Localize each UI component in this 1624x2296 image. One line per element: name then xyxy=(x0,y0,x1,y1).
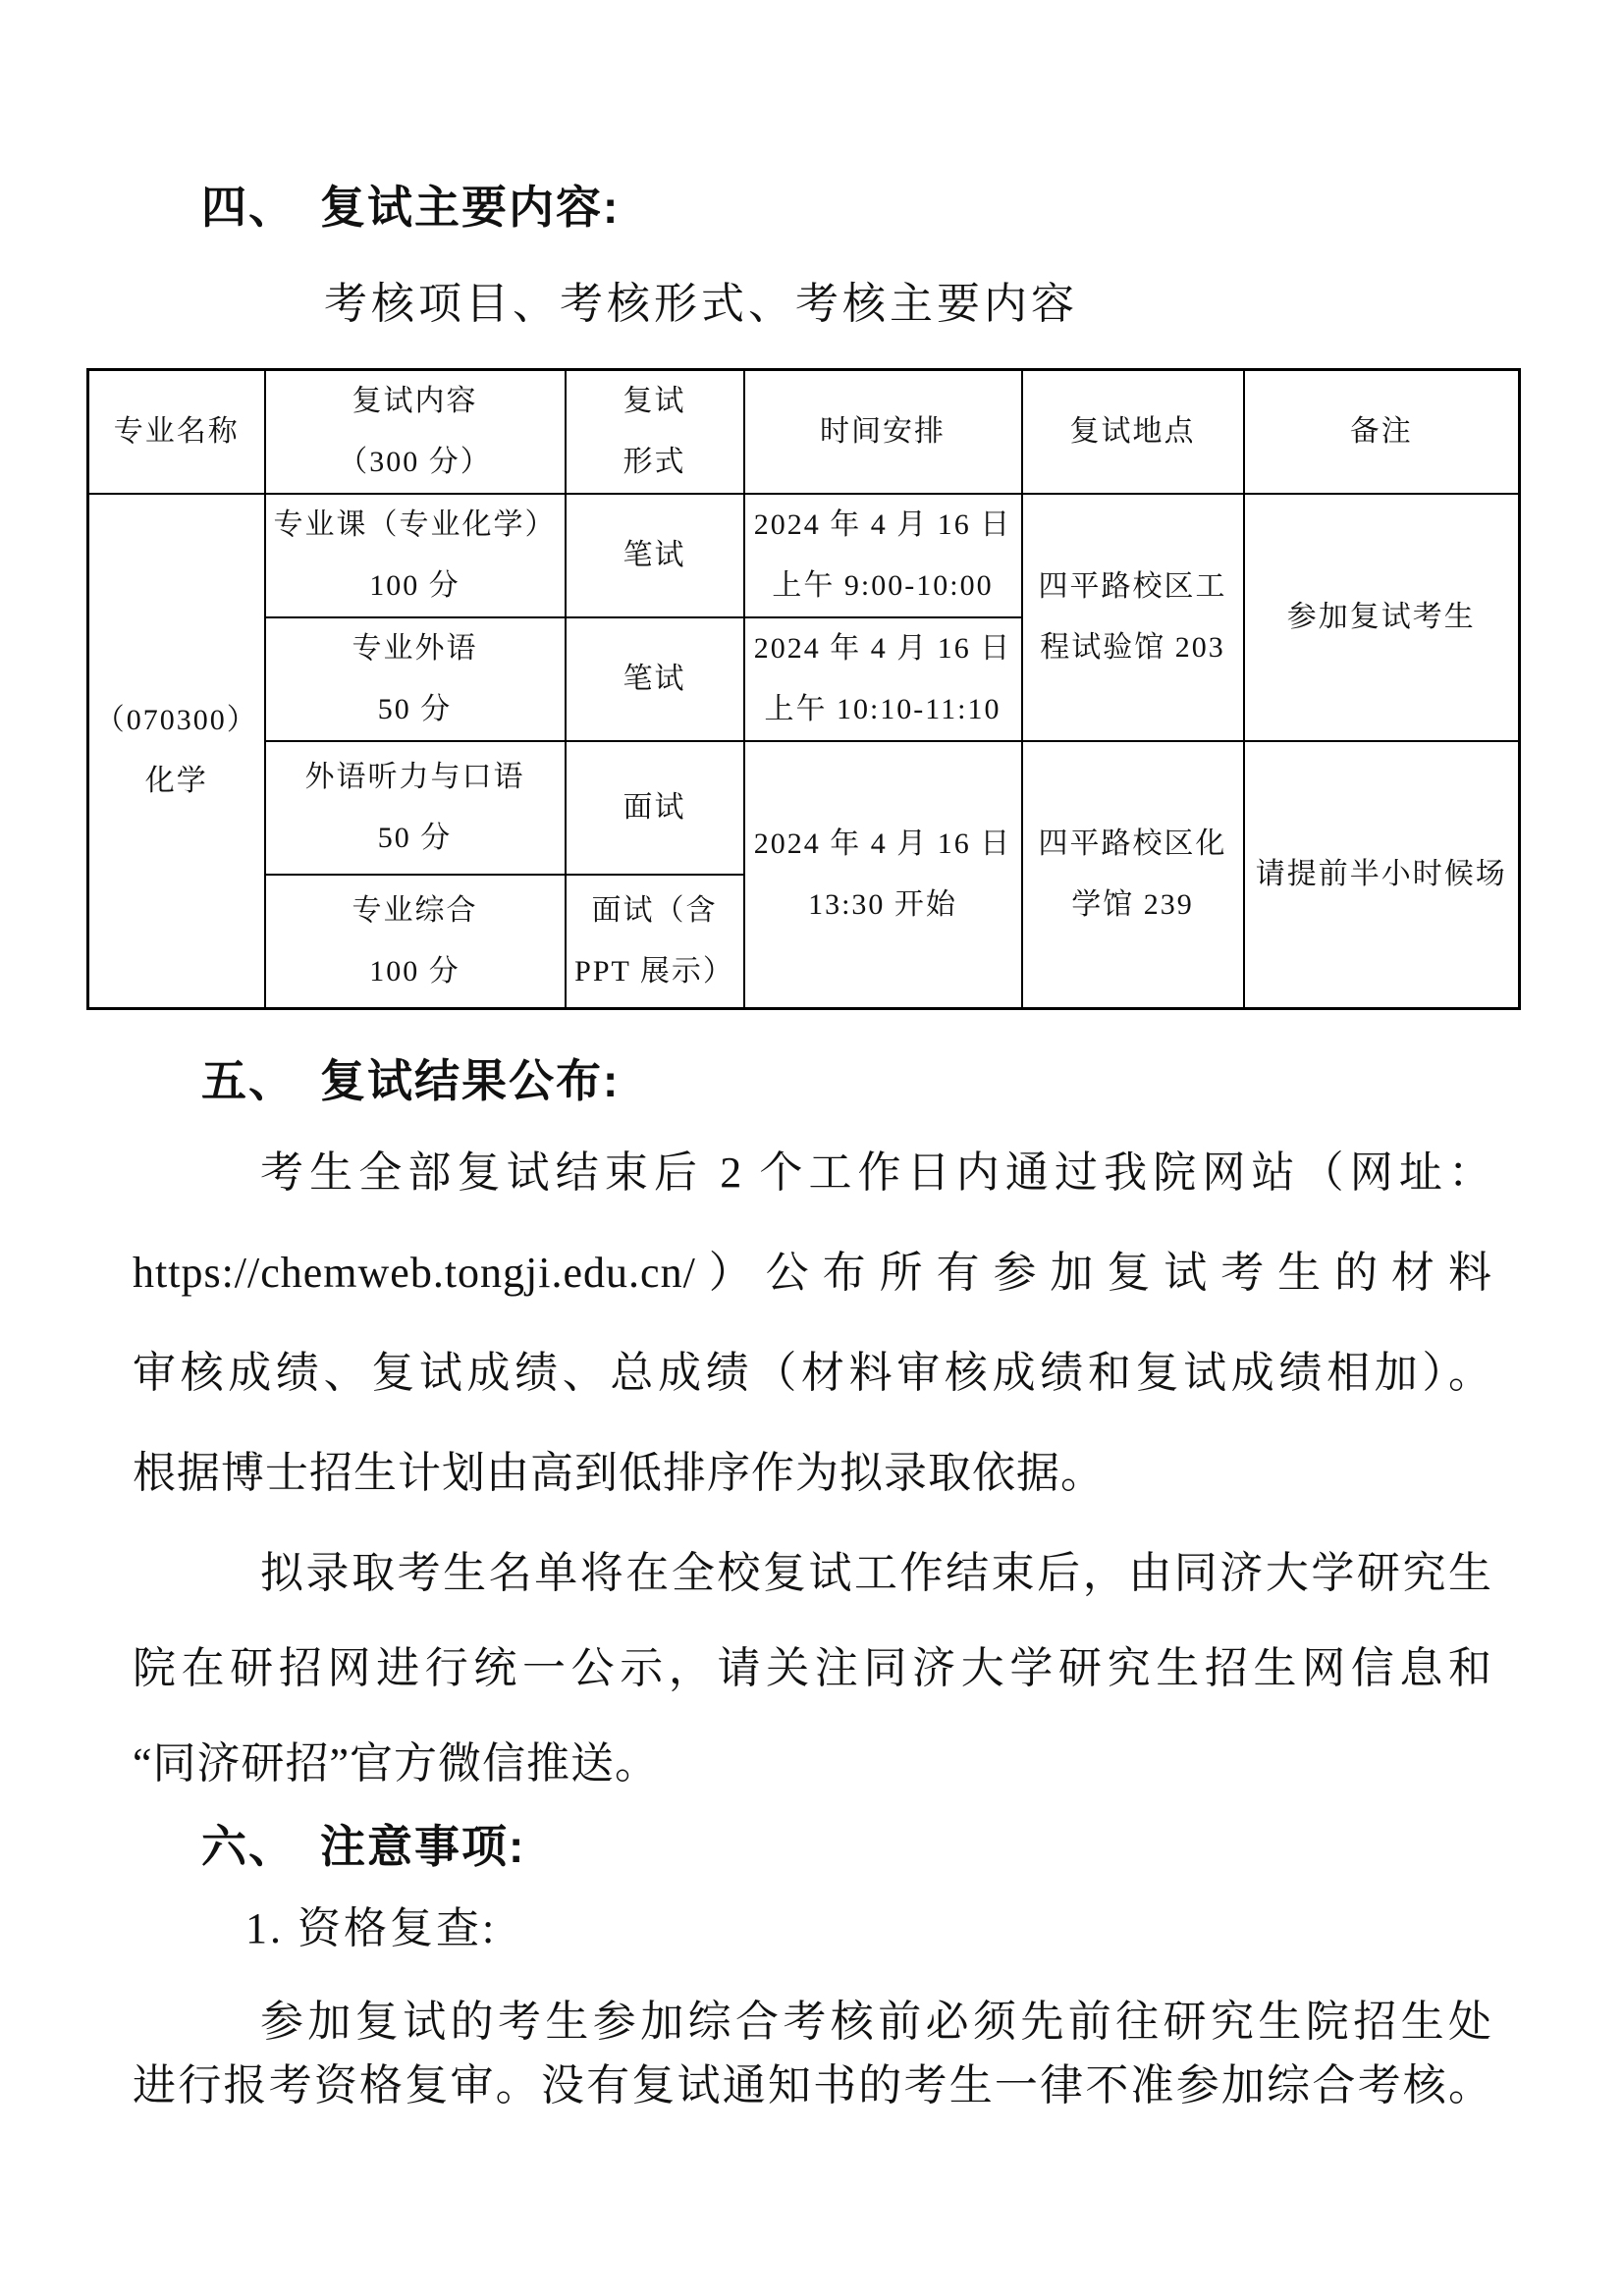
paragraph-line: 参加复试的考生参加综合考核前必须先前往研究生院招生处 xyxy=(133,1993,1492,2052)
cell-r1-time: 2024 年 4 月 16 日 上午 9:00-10:00 xyxy=(744,494,1022,617)
paragraph-line: 考生全部复试结束后 2 个工作日内通过我院网站（网址： xyxy=(133,1144,1492,1202)
cell-r3-content: 外语听力与口语 50 分 xyxy=(265,741,566,875)
assessment-table: 专业名称 复试内容 （300 分） 复试 形式 时间安排 复试地点 备注 （07… xyxy=(86,368,1521,1010)
paragraph-line: 院在研招网进行统一公示，请关注同济大学研究生招生网信息和 xyxy=(133,1639,1492,1698)
paragraph-line: 拟录取考生名单将在全校复试工作结束后，由同济大学研究生 xyxy=(133,1544,1492,1603)
paragraph-line: 进行报考资格复审。没有复试通知书的考生一律不准参加综合考核。 xyxy=(133,2056,1492,2115)
table-header-row: 专业名称 复试内容 （300 分） 复试 形式 时间安排 复试地点 备注 xyxy=(88,370,1520,495)
document-page: 四、 复试主要内容: 考核项目、考核形式、考核主要内容 专业名称 复试内容 （3… xyxy=(0,0,1624,2296)
col-header-location: 复试地点 xyxy=(1022,370,1244,495)
cell-location-morning: 四平路校区工 程试验馆 203 xyxy=(1022,494,1244,741)
paragraph-line: https://chemweb.tongji.edu.cn/）公布所有参加复试考… xyxy=(133,1244,1492,1303)
cell-r2-content: 专业外语 50 分 xyxy=(265,617,566,741)
section-four-heading: 四、 复试主要内容: xyxy=(201,177,620,238)
section-four-subtitle: 考核项目、考核形式、考核主要内容 xyxy=(324,275,1078,334)
cell-r2-time: 2024 年 4 月 16 日 上午 10:10-11:10 xyxy=(744,617,1022,741)
col-header-time: 时间安排 xyxy=(744,370,1022,495)
col-header-notes: 备注 xyxy=(1244,370,1520,495)
section-six-heading: 六、 注意事项: xyxy=(201,1816,525,1877)
cell-r1-form: 笔试 xyxy=(566,494,744,617)
cell-r3-form: 面试 xyxy=(566,741,744,875)
col-header-major: 专业名称 xyxy=(88,370,265,495)
cell-time-afternoon: 2024 年 4 月 16 日 13:30 开始 xyxy=(744,741,1022,1008)
paragraph-line: “同济研招”官方微信推送。 xyxy=(133,1735,1492,1793)
cell-r1-content: 专业课（专业化学） 100 分 xyxy=(265,494,566,617)
table-row: 外语听力与口语 50 分 面试 2024 年 4 月 16 日 13:30 开始… xyxy=(88,741,1520,875)
table-row: （070300） 化学 专业课（专业化学） 100 分 笔试 2024 年 4 … xyxy=(88,494,1520,617)
cell-location-afternoon: 四平路校区化 学馆 239 xyxy=(1022,741,1244,1008)
cell-note-afternoon: 请提前半小时候场 xyxy=(1244,741,1520,1008)
page-content: 四、 复试主要内容: 考核项目、考核形式、考核主要内容 专业名称 复试内容 （3… xyxy=(133,0,1492,2296)
cell-major-name: （070300） 化学 xyxy=(88,494,265,1008)
item-qualification-recheck: 1. 资格复查: xyxy=(245,1899,497,1958)
section-five-heading: 五、 复试结果公布: xyxy=(201,1050,620,1111)
col-header-content: 复试内容 （300 分） xyxy=(265,370,566,495)
paragraph-line: 审核成绩、复试成绩、总成绩（材料审核成绩和复试成绩相加）。 xyxy=(133,1344,1492,1403)
cell-r2-form: 笔试 xyxy=(566,617,744,741)
cell-r4-content: 专业综合 100 分 xyxy=(265,875,566,1008)
cell-note-morning: 参加复试考生 xyxy=(1244,494,1520,741)
cell-r4-form: 面试（含 PPT 展示） xyxy=(566,875,744,1008)
col-header-form: 复试 形式 xyxy=(566,370,744,495)
paragraph-line: 根据博士招生计划由高到低排序作为拟录取依据。 xyxy=(133,1444,1492,1503)
